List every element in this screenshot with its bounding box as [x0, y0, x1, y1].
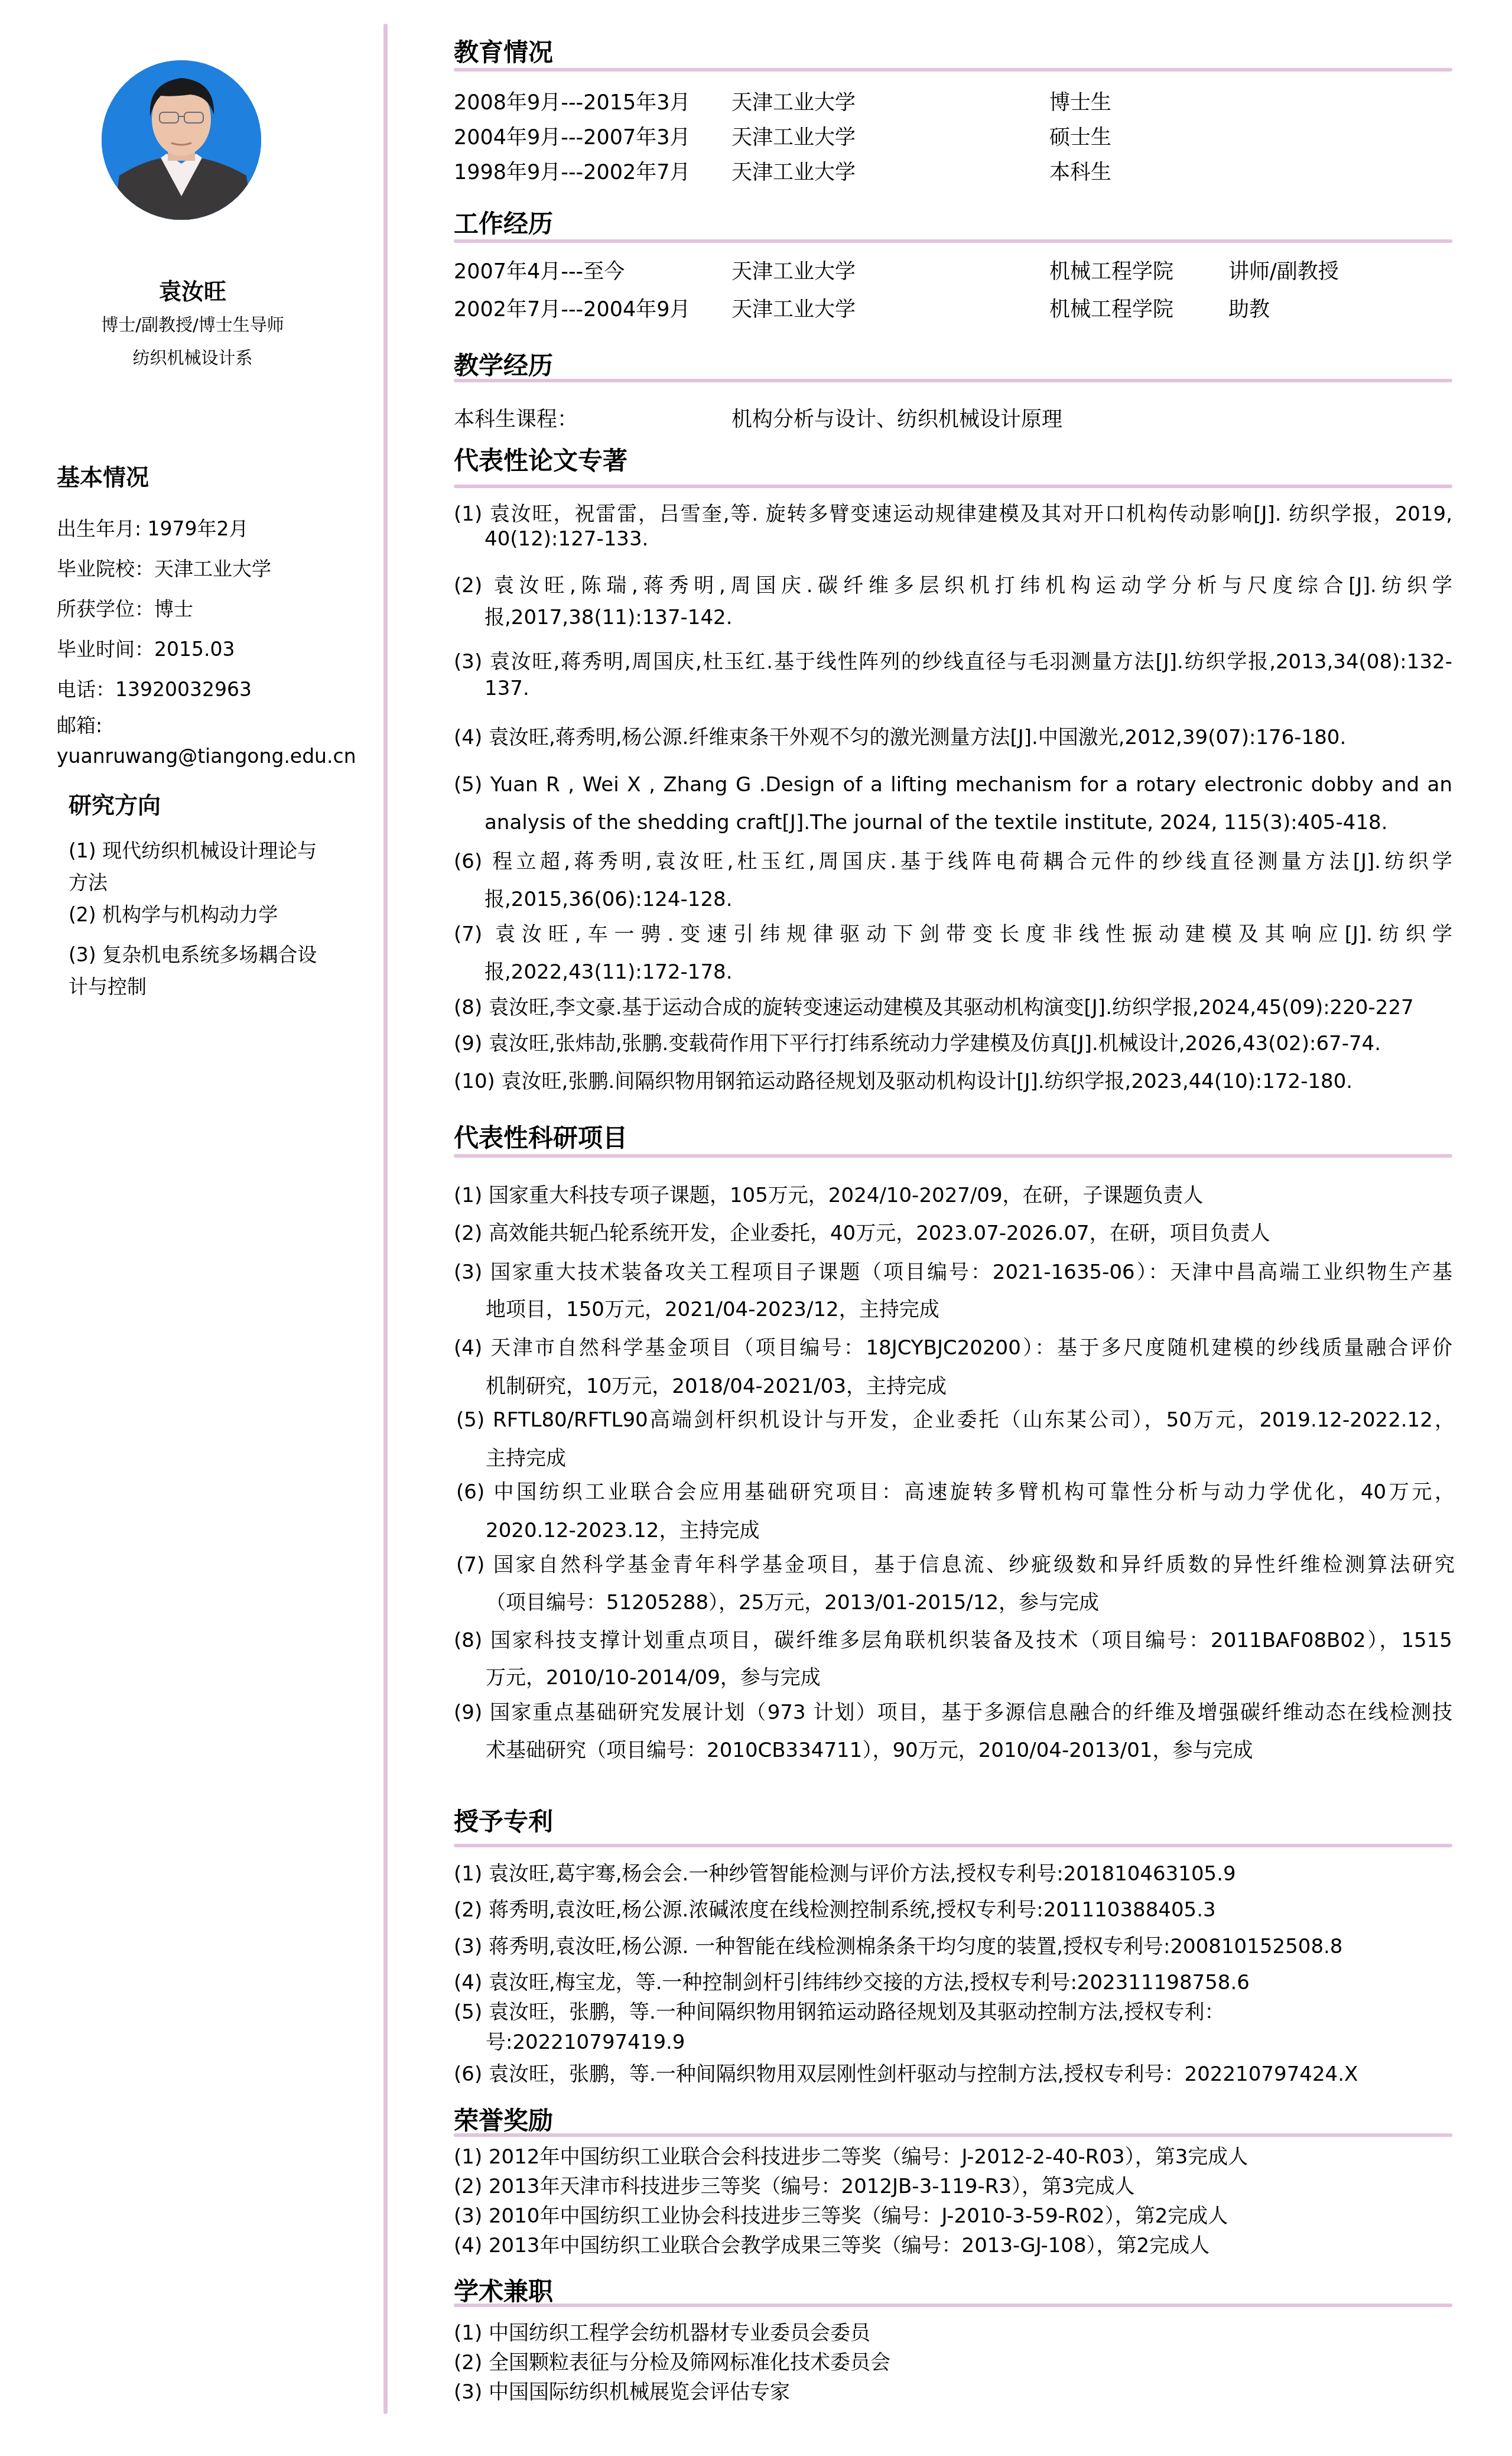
info-graduation: 毕业时间：2015.03 — [57, 634, 235, 662]
paper-item: (5) Yuan R , Wei X , Zhang G .Design of … — [454, 773, 1452, 797]
info-label: 电话： — [57, 678, 115, 701]
info-label: 所获学位： — [57, 597, 154, 621]
paper-item-cont: 报,2022,43(11):172-178. — [485, 956, 733, 985]
paper-item-cont: 137. — [485, 677, 529, 700]
work-org: 天津工业大学 — [731, 255, 856, 285]
info-value: 13920032963 — [115, 678, 252, 701]
paper-item: (6) 程立超,蒋秀明,袁汝旺,杜玉红,周国庆.基于线阵电荷耦合元件的纱线直径测… — [454, 845, 1452, 874]
info-email-value[interactable]: yuanruwang@tiangong.edu.cn — [57, 745, 356, 768]
patents-heading: 授予专利 — [454, 1802, 553, 1838]
patent-item: (3) 蒋秀明,袁汝旺,杨公源. 一种智能在线检测棉条条干均匀度的装置,授权专利… — [454, 1930, 1342, 1959]
edu-degree: 硕士生 — [1049, 121, 1111, 151]
project-item: (1) 国家重大科技专项子课题，105万元，2024/10-2027/09，在研… — [454, 1179, 1204, 1208]
academic-heading: 学术兼职 — [454, 2272, 553, 2308]
paper-item: (3) 袁汝旺,蒋秀明,周国庆,杜玉红.基于线性阵列的纱线直径与毛羽测量方法[J… — [454, 645, 1452, 674]
project-item-cont: 地项目，150万元，2021/04-2023/12，主持完成 — [486, 1293, 939, 1322]
work-dept: 机械工程学院 — [1049, 293, 1173, 323]
profile-name: 袁汝旺 — [0, 273, 385, 306]
research-line: 计与控制 — [69, 972, 147, 999]
info-degree: 所获学位：博士 — [57, 594, 193, 622]
award-item: (2) 2013年天津市科技进步三等奖（编号：2012JB-3-119-R3），… — [454, 2170, 1135, 2199]
paper-item: (7) 袁汝旺,车一骋.变速引纬规律驱动下剑带变长度非线性振动建模及其响应[J]… — [454, 918, 1452, 947]
paper-item: (2) 袁汝旺,陈瑞,蒋秀明,周国庆.碳纤维多层织机打纬机构运动学分析与尺度综合… — [454, 569, 1452, 598]
paper-item-cont: 报,2015,36(06):124-128. — [485, 883, 733, 912]
project-item: (6) 中国纺织工业联合会应用基础研究项目：高速旋转多臂机构可靠性分析与动力学优… — [456, 1476, 1455, 1505]
info-label: 毕业院校： — [57, 557, 154, 580]
teaching-label: 本科生课程： — [454, 403, 578, 433]
work-period: 2002年7月---2004年9月 — [454, 293, 691, 323]
project-item-cont: （项目编号：51205288），25万元，2013/01-2015/12，参与完… — [486, 1586, 1099, 1615]
academic-item: (1) 中国纺织工程学会纺机器材专业委员会委员 — [454, 2317, 870, 2345]
profile-title: 博士/副教授/博士生导师 — [0, 312, 385, 336]
project-item: (2) 高效能共轭凸轮系统开发，企业委托，40万元，2023.07-2026.0… — [454, 1217, 1270, 1246]
info-birth: 出生年月: 1979年2月 — [57, 514, 249, 541]
info-value: 博士 — [154, 597, 193, 621]
projects-heading: 代表性科研项目 — [454, 1119, 627, 1154]
work-position: 助教 — [1228, 293, 1270, 323]
project-item: (8) 国家科技支撑计划重点项目，碳纤维多层角联机织装备及技术（项目编号：201… — [454, 1624, 1452, 1653]
project-item-cont: 术基础研究（项目编号：2010CB334711），90万元，2010/04-20… — [486, 1734, 1253, 1763]
info-value: 天津工业大学 — [154, 557, 271, 580]
patent-item: (1) 袁汝旺,葛宇骞,杨会会.一种纱管智能检测与评价方法,授权专利号:2018… — [454, 1857, 1236, 1886]
work-heading: 工作经历 — [454, 204, 553, 240]
project-item-cont: 2020.12-2023.12，主持完成 — [486, 1514, 759, 1543]
edu-period: 2004年9月---2007年3月 — [454, 121, 691, 151]
awards-heading: 荣誉奖励 — [454, 2101, 553, 2137]
edu-period: 2008年9月---2015年3月 — [454, 86, 691, 116]
research-line: (3) 复杂机电系统多场耦合设 — [69, 940, 317, 967]
research-line: (1) 现代纺织机械设计理论与 — [69, 836, 317, 863]
info-email-label: 邮箱: — [57, 710, 102, 738]
section-rule — [454, 1154, 1452, 1158]
project-item: (4) 天津市自然科学基金项目（项目编号：18JCYBJC20200）：基于多尺… — [454, 1331, 1452, 1360]
info-label: 出生年月: — [57, 517, 148, 540]
project-item: (7) 国家自然科学基金青年科学基金项目，基于信息流、纱疵级数和异纤质数的异性纤… — [456, 1548, 1455, 1577]
paper-item: (1) 袁汝旺，祝雷雷，吕雪奎,等. 旋转多臂变速运动规律建模及其对开口机构传动… — [454, 498, 1452, 527]
project-item-cont: 机制研究，10万元，2018/04-2021/03，主持完成 — [486, 1370, 947, 1399]
award-item: (1) 2012年中国纺织工业联合会科技进步二等奖（编号：J-2012-2-40… — [454, 2140, 1248, 2169]
edu-school: 天津工业大学 — [731, 121, 856, 151]
patent-item: (2) 蒋秀明,袁汝旺,杨公源.浓碱浓度在线检测控制系统,授权专利号:20111… — [454, 1893, 1216, 1922]
project-item: (3) 国家重大技术装备攻关工程项目子课题（项目编号：2021-1635-06）… — [454, 1256, 1452, 1285]
work-period: 2007年4月---至今 — [454, 255, 625, 285]
patent-item: (5) 袁汝旺，张鹏，等.一种间隔织物用钢筘运动路径规划及其驱动控制方法,授权专… — [454, 1996, 1225, 2025]
research-line: (2) 机构学与机构动力学 — [69, 899, 278, 927]
teaching-heading: 教学经历 — [454, 346, 553, 382]
info-phone: 电话：13920032963 — [57, 674, 252, 702]
section-rule — [454, 1844, 1452, 1847]
paper-item: (4) 袁汝旺,蒋秀明,杨公源.纤维束条干外观不匀的激光测量方法[J].中国激光… — [454, 721, 1346, 750]
academic-item: (3) 中国国际纺织机械展览会评估专家 — [454, 2376, 790, 2405]
patent-item: (6) 袁汝旺，张鹏，等.一种间隔织物用双层刚性剑杆驱动与控制方法,授权专利号：… — [454, 2058, 1358, 2087]
paper-item-cont: 40(12):127-133. — [485, 527, 648, 551]
work-dept: 机械工程学院 — [1049, 255, 1173, 285]
info-school: 毕业院校：天津工业大学 — [57, 554, 271, 581]
work-position: 讲师/副教授 — [1228, 255, 1339, 285]
paper-item: (9) 袁汝旺,张炜劼,张鹏.变载荷作用下平行打纬系统动力学建模及仿真[J].机… — [454, 1027, 1381, 1056]
edu-school: 天津工业大学 — [731, 156, 856, 186]
paper-item: (8) 袁汝旺,李文豪.基于运动合成的旋转变速运动建模及其驱动机构演变[J].纺… — [454, 991, 1414, 1020]
paper-item-cont: 报,2017,38(11):137-142. — [485, 601, 733, 630]
portrait-photo-icon — [102, 60, 261, 220]
section-rule — [454, 2133, 1452, 2137]
patent-item: (4) 袁汝旺,梅宝龙，等.一种控制剑杆引纬纬纱交接的方法,授权专利号:2023… — [454, 1966, 1250, 1995]
section-rule — [454, 239, 1452, 243]
project-item: (5) RFTL80/RFTL90高端剑杆织机设计与开发，企业委托（山东某公司）… — [456, 1404, 1455, 1432]
teaching-courses: 机构分析与设计、纺织机械设计原理 — [731, 403, 1062, 433]
research-line: 方法 — [69, 868, 108, 895]
education-heading: 教育情况 — [454, 33, 553, 69]
profile-photo — [102, 60, 261, 220]
column-divider — [383, 24, 388, 2414]
project-item-cont: 万元，2010/10-2014/09，参与完成 — [486, 1661, 821, 1690]
edu-degree: 本科生 — [1049, 156, 1111, 186]
edu-school: 天津工业大学 — [731, 86, 856, 116]
award-item: (3) 2010年中国纺织工业协会科技进步三等奖（编号：J-2010-3-59-… — [454, 2200, 1228, 2228]
paper-item-cont: analysis of the shedding craft[J].The jo… — [485, 811, 1387, 834]
academic-item: (2) 全国颗粒表征与分检及筛网标准化技术委员会 — [454, 2346, 890, 2375]
edu-degree: 博士生 — [1049, 86, 1111, 116]
section-rule — [454, 485, 1452, 488]
research-heading: 研究方向 — [69, 787, 161, 820]
award-item: (4) 2013年中国纺织工业联合会教学成果三等奖（编号：2013-GJ-108… — [454, 2229, 1209, 2258]
info-value: 1979年2月 — [148, 517, 249, 540]
info-value: 2015.03 — [154, 638, 235, 661]
edu-period: 1998年9月---2002年7月 — [454, 156, 691, 186]
work-org: 天津工业大学 — [731, 293, 856, 323]
section-rule — [454, 2304, 1452, 2307]
info-label: 毕业时间： — [57, 638, 154, 661]
paper-item: (10) 袁汝旺,张鹏.间隔织物用钢筘运动路径规划及驱动机构设计[J].纺织学报… — [454, 1065, 1352, 1094]
project-item-cont: 主持完成 — [486, 1442, 566, 1471]
basic-info-heading: 基本情况 — [57, 459, 149, 492]
section-rule — [454, 379, 1452, 382]
papers-heading: 代表性论文专著 — [454, 441, 627, 477]
section-rule — [454, 68, 1452, 72]
profile-department: 纺织机械设计系 — [0, 345, 385, 369]
patent-item-cont: 号:202210797419.9 — [486, 2026, 685, 2055]
project-item: (9) 国家重点基础研究发展计划（973 计划）项目，基于多源信息融合的纤维及增… — [454, 1696, 1452, 1725]
